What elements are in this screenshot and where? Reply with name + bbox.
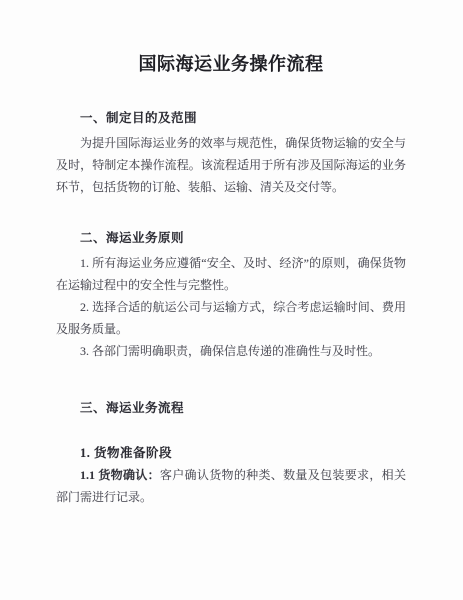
section-shipping-principles: 二、海运业务原则 1. 所有海运业务应遵循“安全、及时、经济”的原则，确保货物在… (56, 227, 406, 362)
document-page: 国际海运业务操作流程 一、制定目的及范围 为提升国际海运业务的效率与规范性，确保… (0, 0, 463, 600)
definition-paragraph: 1.1 货物确认：客户确认货物的种类、数量及包装要求，相关部门需进行记录。 (56, 464, 406, 508)
section-heading: 二、海运业务原则 (56, 227, 406, 249)
section-heading: 一、制定目的及范围 (56, 107, 406, 129)
body-paragraph: 为提升国际海运业务的效率与规范性，确保货物运输的安全与及时，特制定本操作流程。该… (56, 132, 406, 198)
document-title: 国际海运业务操作流程 (56, 51, 406, 77)
numbered-paragraph: 2. 选择合适的航运公司与运输方式，综合考虑运输时间、费用及服务质量。 (56, 296, 406, 340)
subsection-cargo-preparation: 1. 货物准备阶段 1.1 货物确认：客户确认货物的种类、数量及包装要求，相关部… (56, 442, 406, 508)
section-heading: 三、海运业务流程 (56, 397, 406, 419)
numbered-paragraph: 3. 各部门需明确职责，确保信息传递的准确性与及时性。 (56, 340, 406, 362)
section-purpose-and-scope: 一、制定目的及范围 为提升国际海运业务的效率与规范性，确保货物运输的安全与及时，… (56, 107, 406, 198)
item-label: 1.1 货物确认： (80, 468, 160, 482)
subsection-heading: 1. 货物准备阶段 (56, 442, 406, 464)
numbered-paragraph: 1. 所有海运业务应遵循“安全、及时、经济”的原则，确保货物在运输过程中的安全性… (56, 252, 406, 296)
section-shipping-process: 三、海运业务流程 (56, 397, 406, 419)
